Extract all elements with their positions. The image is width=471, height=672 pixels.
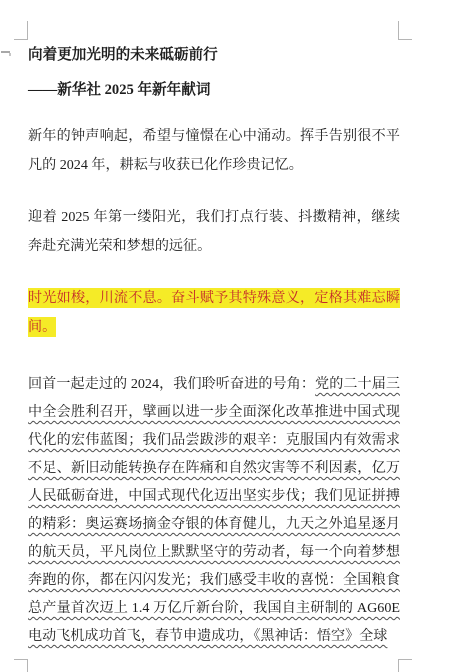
document-title: 向着更加光明的未来砥砺前行 [28, 41, 400, 70]
document-text-area[interactable]: 向着更加光明的未来砥砺前行 ——新华社 2025 年新年献词 新年的钟声响起，希… [28, 41, 400, 650]
document-subtitle: ——新华社 2025 年新年献词 [28, 76, 400, 105]
text-boundary-mark-bottom-right [398, 659, 412, 672]
review-2024-lead-text: 回首一起走过的 2024，我们聆听奋进的号角： [28, 376, 315, 392]
paragraph-first-sunlight: 迎着 2025 年第一缕阳光，我们打点行装、抖擞精神，继续奔赴充满光荣和梦想的远… [28, 203, 400, 261]
text-boundary-mark-top-right [398, 21, 412, 40]
paragraph-new-year-bell: 新年的钟声响起，希望与憧憬在心中涌动。挥手告别很不平凡的 2024 年，耕耘与收… [28, 122, 400, 180]
paragraph-time-flies: 时光如梭，川流不息。奋斗赋予其特殊意义，定格其难忘瞬间。 [28, 284, 400, 342]
review-2024-wavy-underlined-text: 党的二十届三中全会胜利召开，擘画以进一步全面深化改革推进中国式现代化的宏伟蓝图；… [28, 376, 400, 644]
text-boundary-mark-top-left [14, 21, 28, 40]
left-margin-marker [1, 51, 10, 53]
paragraph-review-2024: 回首一起走过的 2024，我们聆听奋进的号角：党的二十届三中全会胜利召开，擘画以… [28, 370, 400, 650]
document-page: 向着更加光明的未来砥砺前行 ——新华社 2025 年新年献词 新年的钟声响起，希… [0, 0, 471, 672]
text-boundary-mark-bottom-left [14, 659, 28, 672]
highlighted-sentence: 时光如梭，川流不息。奋斗赋予其特殊意义，定格其难忘瞬间。 [28, 288, 400, 337]
